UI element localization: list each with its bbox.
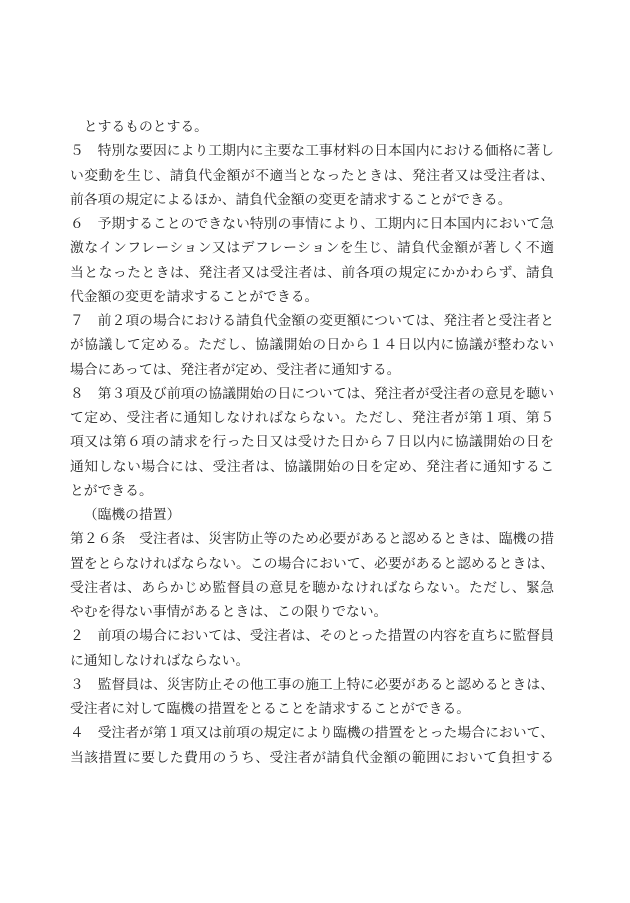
text-line: ５ 特別な要因により工期内に主要な工事材料の日本国内における価格に著し	[70, 139, 554, 163]
text-line: 代金額の変更を請求することができる。	[70, 285, 554, 309]
document-page: とするものとする。 ５ 特別な要因により工期内に主要な工事材料の日本国内における…	[0, 0, 630, 903]
text-line: 置をとらなければならない。この場合において、必要があると認めるときは、	[70, 552, 554, 576]
text-line: に通知しなければならない。	[70, 649, 554, 673]
text-line: ４ 受注者が第１項又は前項の規定により臨機の措置をとった場合において、	[70, 721, 554, 745]
text-line: 前各項の規定によるほか、請負代金額の変更を請求することができる。	[70, 188, 554, 212]
document-text-block: とするものとする。 ５ 特別な要因により工期内に主要な工事材料の日本国内における…	[70, 115, 554, 770]
item-8-paragraph: ８ 第３項及び前項の協議開始の日については、発注者が受注者の意見を聴いて定め、受…	[70, 382, 554, 503]
text-line: が協議して定める。ただし、協議開始の日から１４日以内に協議が整わない	[70, 333, 554, 357]
text-line: 受注者は、あらかじめ監督員の意見を聴かなければならない。ただし、緊急	[70, 576, 554, 600]
article-26-item-2-paragraph: ２ 前項の場合においては、受注者は、そのとった措置の内容を直ちに監督員に通知しな…	[70, 624, 554, 673]
paragraph-continuation: とするものとする。	[70, 115, 554, 139]
text-line: ３ 監督員は、災害防止その他工事の施工上特に必要があると認めるときは、	[70, 673, 554, 697]
text-line: 項又は第６項の請求を行った日又は受けた日から７日以内に協議開始の日を	[70, 430, 554, 454]
article-26-item-3-paragraph: ３ 監督員は、災害防止その他工事の施工上特に必要があると認めるときは、受注者に対…	[70, 673, 554, 722]
text-line: ６ 予期することのできない特別の事情により、工期内に日本国内において急	[70, 212, 554, 236]
article-26-paragraph: 第２６条 受注者は、災害防止等のため必要があると認めるときは、臨機の措置をとらな…	[70, 527, 554, 624]
text-line: とができる。	[70, 479, 554, 503]
text-line: 通知しない場合には、受注者は、協議開始の日を定め、発注者に通知するこ	[70, 455, 554, 479]
item-6-paragraph: ６ 予期することのできない特別の事情により、工期内に日本国内において急激なインフ…	[70, 212, 554, 309]
text-line: 激なインフレーション又はデフレーションを生じ、請負代金額が著しく不適	[70, 236, 554, 260]
text-line: ２ 前項の場合においては、受注者は、そのとった措置の内容を直ちに監督員	[70, 624, 554, 648]
text-line: 受注者に対して臨機の措置をとることを請求することができる。	[70, 697, 554, 721]
text-line: （臨機の措置）	[70, 503, 554, 527]
text-line: て定め、受注者に通知しなければならない。ただし、発注者が第１項、第５	[70, 406, 554, 430]
text-line: ７ 前２項の場合における請負代金額の変更額については、発注者と受注者と	[70, 309, 554, 333]
item-5-paragraph: ５ 特別な要因により工期内に主要な工事材料の日本国内における価格に著しい変動を生…	[70, 139, 554, 212]
text-line: 第２６条 受注者は、災害防止等のため必要があると認めるときは、臨機の措	[70, 527, 554, 551]
text-line: やむを得ない事情があるときは、この限りでない。	[70, 600, 554, 624]
text-line: 場合にあっては、発注者が定め、受注者に通知する。	[70, 358, 554, 382]
text-line: とするものとする。	[70, 115, 554, 139]
heading-rinki-no-sochi: （臨機の措置）	[70, 503, 554, 527]
text-line: 当となったときは、発注者又は受注者は、前各項の規定にかかわらず、請負	[70, 261, 554, 285]
article-26-item-4-paragraph: ４ 受注者が第１項又は前項の規定により臨機の措置をとった場合において、当該措置に…	[70, 721, 554, 770]
text-line: い変動を生じ、請負代金額が不適当となったときは、発注者又は受注者は、	[70, 164, 554, 188]
text-line: ８ 第３項及び前項の協議開始の日については、発注者が受注者の意見を聴い	[70, 382, 554, 406]
item-7-paragraph: ７ 前２項の場合における請負代金額の変更額については、発注者と受注者とが協議して…	[70, 309, 554, 382]
text-line: 当該措置に要した費用のうち、受注者が請負代金額の範囲において負担する	[70, 746, 554, 770]
